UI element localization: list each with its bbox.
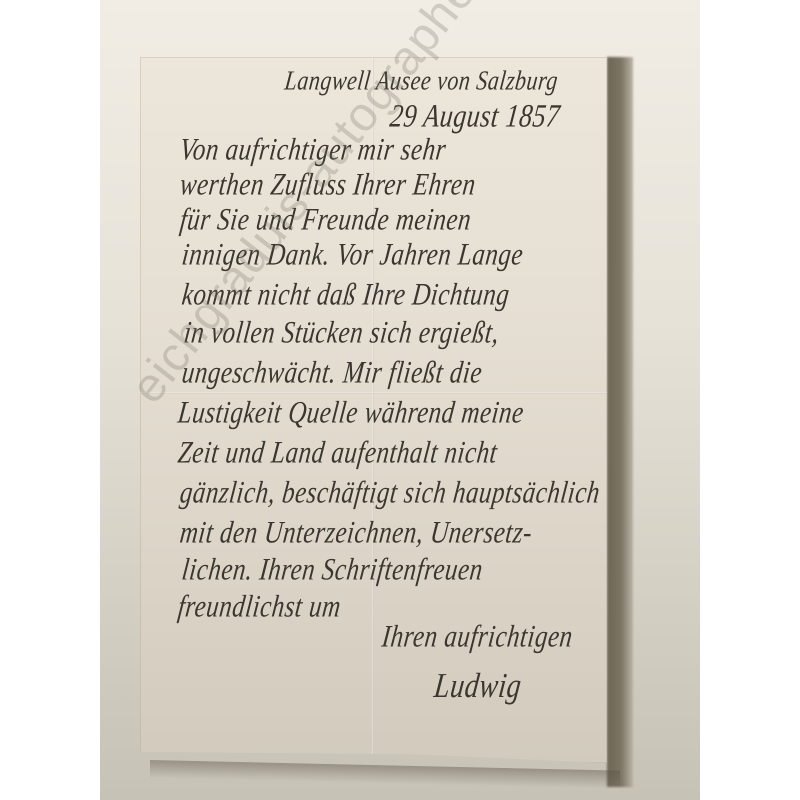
letter-body-line: innigen Dank. Vor Jahren Lange — [180, 238, 525, 273]
letter-body-line: für Sie und Freunde meinen — [178, 203, 473, 238]
letter-paper: Langwell Ausee von Salzburg 29 August 18… — [140, 57, 607, 763]
letter-body-line: freundlichst um — [176, 590, 343, 625]
letter-body-line: mit den Unterzeichnen, Unersetz- — [178, 516, 534, 551]
letter-signature: Ludwig — [432, 667, 524, 707]
letter-body-line: in vollen Stücken sich ergießt, — [182, 316, 501, 351]
fold-line-horizontal — [140, 392, 607, 394]
letter-body-line: Zeit und Land aufenthalt nicht — [176, 436, 499, 471]
paper-shadow-right — [607, 57, 633, 787]
letter-body-line: gänzlich, beschäftigt sich hauptsächlich — [178, 476, 602, 511]
letter-body-line: kommt nicht daß Ihre Dichtung — [180, 278, 511, 313]
letter-body-line: werthen Zufluss Ihrer Ehren — [178, 168, 478, 203]
letter-date-line: 29 August 1857 — [388, 98, 562, 136]
letter-body-line: lichen. Ihren Schriftenfreuen — [180, 553, 485, 588]
letter-closing: Ihren aufrichtigen — [380, 620, 575, 655]
letter-body-line: Lustigkeit Quelle während meine — [176, 396, 526, 431]
letter-place-line: Langwell Ausee von Salzburg — [283, 65, 560, 98]
letter-body-line: ungeschwächt. Mir fließt die — [180, 356, 484, 391]
letter-body-line: Von aufrichtiger mir sehr — [178, 133, 448, 168]
